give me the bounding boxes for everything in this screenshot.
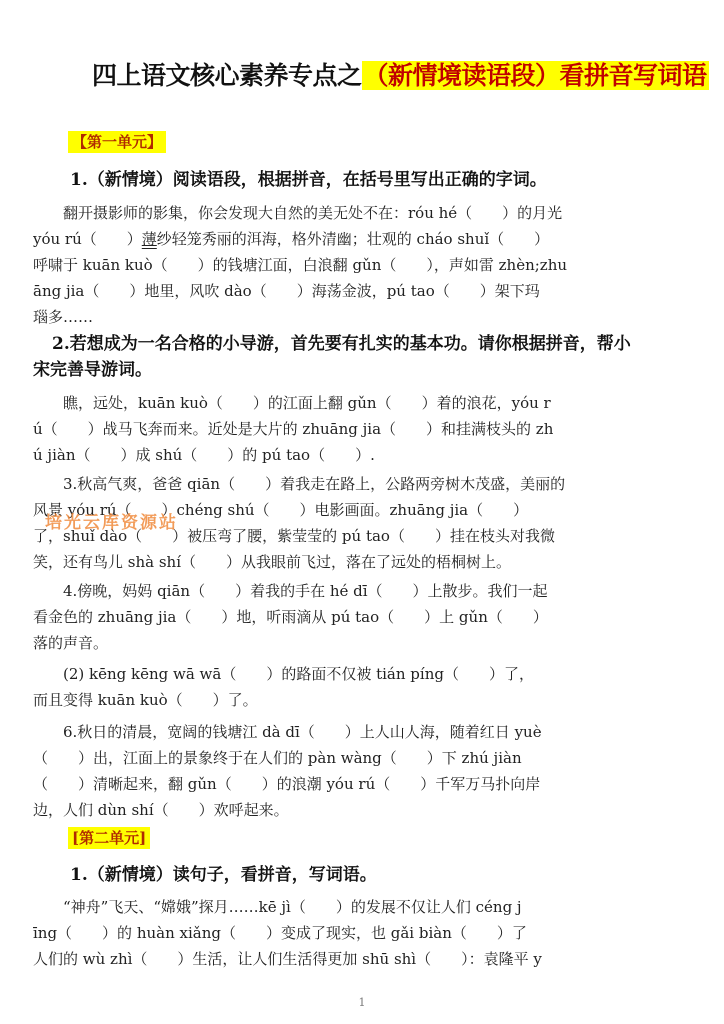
unit1-q2-heading-line1: 2.若想成为一名合格的小导游，首先要有扎实的基本功。请你根据拼音，帮小 <box>52 331 631 357</box>
paragraph-line: 瞧，远处，kuān kuò（ ）的江面上翻 gǔn（ ）着的浪花，yóu r <box>33 390 701 416</box>
title-highlight: （新情境读语段）看拼音写词语 <box>362 61 709 90</box>
paragraph-line: 人们的 wù zhì（ ）生活，让人们生活得更加 shū shì（ ）：袁隆平 … <box>33 946 701 972</box>
page-title: 四上语文核心素养专点之（新情境读语段）看拼音写词语 <box>92 58 709 94</box>
underlined-char: 薄 <box>142 230 157 248</box>
unit-2-label: [第二单元] <box>68 827 150 849</box>
unit1-q6-paragraph: 6.秋日的清晨，宽阔的钱塘江 dà dī（ ）上人山人海，随着红日 yuè （ … <box>33 719 701 823</box>
paragraph-line: 翻开摄影师的影集，你会发现大自然的美无处不在：róu hé（ ）的月光 <box>33 200 701 226</box>
unit1-q2-heading-line2: 宋完善导游词。 <box>33 357 152 383</box>
unit1-q4-paragraph: 4.傍晚，妈妈 qiān（ ）着我的手在 hé dī（ ）上散步。我们一起 看金… <box>33 578 701 656</box>
paragraph-line: 看金色的 zhuāng jia（ ）地，听雨滴从 pú tao（ ）上 gǔn（… <box>33 604 701 630</box>
paragraph-line: āng jia（ ）地里，风吹 dào（ ）海荡金波，pú tao（ ）架下玛 <box>33 278 701 304</box>
unit2-q1-heading: 1.（新情境）读句子，看拼音，写词语。 <box>70 862 377 888</box>
paragraph-line: ú（ ）战马飞奔而来。近处是大片的 zhuāng jia（ ）和挂满枝头的 zh <box>33 416 701 442</box>
page-number: 1 <box>0 996 724 1009</box>
paragraph-line: 落的声音。 <box>33 630 701 656</box>
paragraph-line: īng（ ）的 huàn xiǎng（ ）变成了现实，也 gǎi biàn（ ）… <box>33 920 701 946</box>
unit1-q4-2-paragraph: (2) kēng kēng wā wā（ ）的路面不仅被 tián píng（ … <box>33 661 701 713</box>
unit2-q1-paragraph: “神舟”飞天、“嫦娥”探月……kē jì（ ）的发展不仅让人们 céng j ī… <box>33 894 701 972</box>
paragraph-line: yóu rú（ ）薄纱轻笼秀丽的洱海，格外清幽；壮观的 cháo shuǐ（ ） <box>33 226 701 252</box>
title-main: 四上语文核心素养专点之 <box>92 61 362 90</box>
paragraph-line: 3.秋高气爽，爸爸 qiān（ ）着我走在路上，公路两旁树木茂盛，美丽的 <box>33 471 701 497</box>
paragraph-line: （ ）清晰起来，翻 gǔn（ ）的浪潮 yóu rú（ ）千军万马扑向岸 <box>33 771 701 797</box>
paragraph-line: (2) kēng kēng wā wā（ ）的路面不仅被 tián píng（ … <box>33 661 701 687</box>
paragraph-line: 而且变得 kuān kuò（ ）了。 <box>33 687 701 713</box>
paragraph-line: 4.傍晚，妈妈 qiān（ ）着我的手在 hé dī（ ）上散步。我们一起 <box>33 578 701 604</box>
unit1-q3-paragraph: 3.秋高气爽，爸爸 qiān（ ）着我走在路上，公路两旁树木茂盛，美丽的 风景 … <box>33 471 701 575</box>
unit-1-label: 【第一单元】 <box>68 131 166 153</box>
unit1-q1-paragraph: 翻开摄影师的影集，你会发现大自然的美无处不在：róu hé（ ）的月光 yóu … <box>33 200 701 330</box>
unit1-q2-paragraph: 瞧，远处，kuān kuò（ ）的江面上翻 gǔn（ ）着的浪花，yóu r ú… <box>33 390 701 468</box>
paragraph-line: 风景 yóu rú（ ）chéng shú（ ）电影画面。zhuāng jia（… <box>33 497 701 523</box>
unit1-q1-heading: 1.（新情境）阅读语段，根据拼音，在括号里写出正确的字词。 <box>70 167 547 193</box>
paragraph-line: ú jiàn（ ）成 shú（ ）的 pú tao（ ）. <box>33 442 701 468</box>
paragraph-line: 呼啸于 kuān kuò（ ）的钱塘江面，白浪翻 gǔn（ ），声如雷 zhèn… <box>33 252 701 278</box>
paragraph-line: 边，人们 dùn shí（ ）欢呼起来。 <box>33 797 701 823</box>
paragraph-line: 笑，还有鸟儿 shà shí（ ）从我眼前飞过，落在了远处的梧桐树上。 <box>33 549 701 575</box>
document-page: 四上语文核心素养专点之（新情境读语段）看拼音写词语 【第一单元】 1.（新情境）… <box>0 0 724 1024</box>
paragraph-line: 6.秋日的清晨，宽阔的钱塘江 dà dī（ ）上人山人海，随着红日 yuè <box>33 719 701 745</box>
paragraph-line: （ ）出，江面上的景象终于在人们的 pàn wàng（ ）下 zhú jiàn <box>33 745 701 771</box>
paragraph-line: 瑙多…… <box>33 304 701 330</box>
paragraph-line: “神舟”飞天、“嫦娥”探月……kē jì（ ）的发展不仅让人们 céng j <box>33 894 701 920</box>
paragraph-line: 了，shuǐ dào（ ）被压弯了腰，紫莹莹的 pú tao（ ）挂在枝头对我微 <box>33 523 701 549</box>
